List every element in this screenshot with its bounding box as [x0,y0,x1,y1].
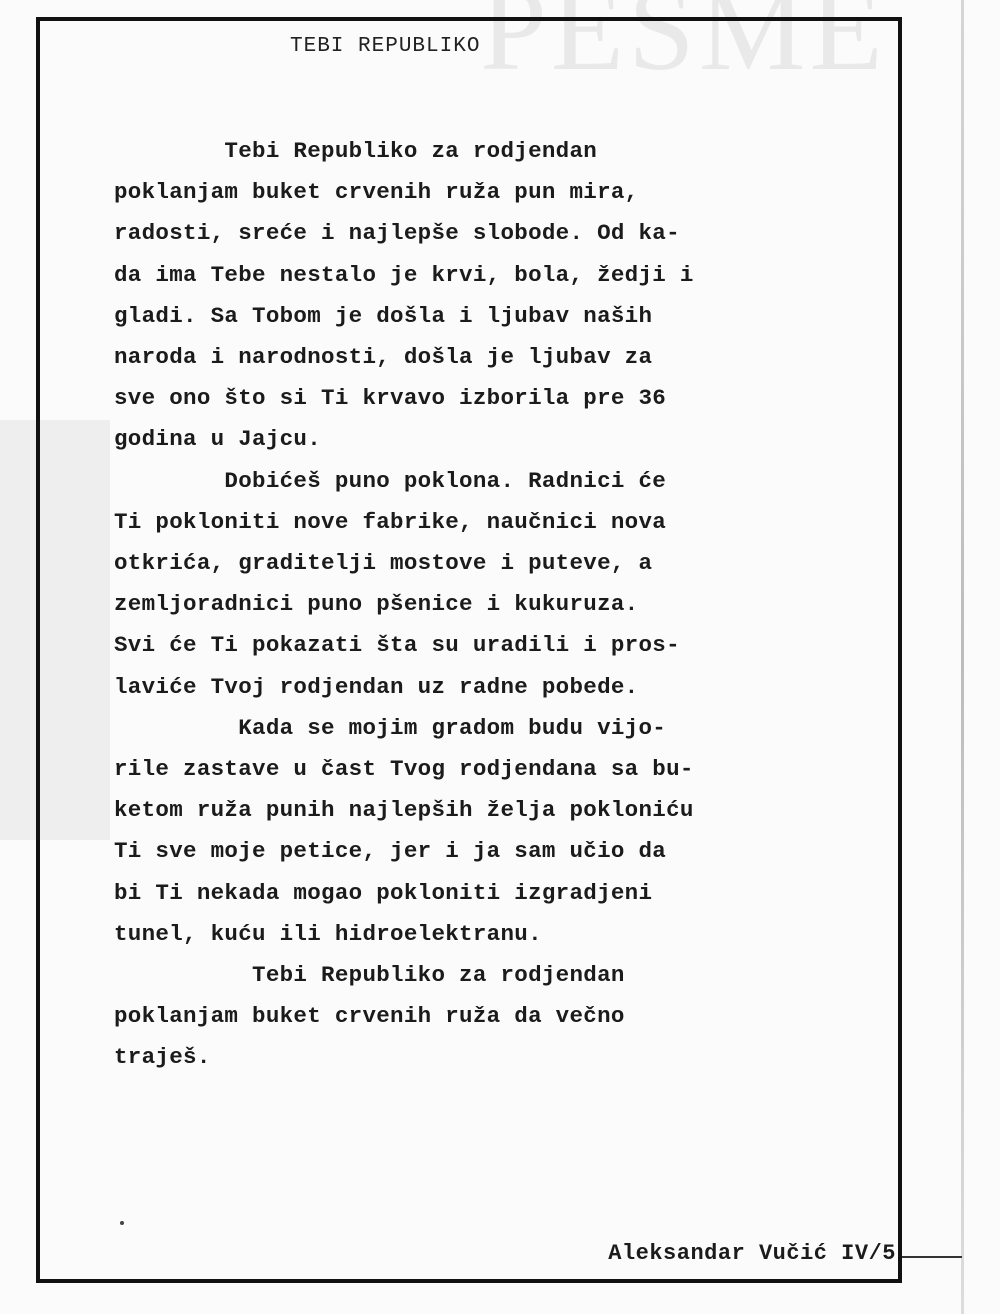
text-line: Dobićeš puno poklona. Radnici će [114,461,874,502]
document-heading: TEBI REPUBLIKO [290,35,480,58]
text-line: tunel, kuću ili hidroelektranu. [114,914,874,955]
text-line: Tebi Republiko za rodjendan [114,131,874,172]
text-line: gladi. Sa Tobom je došla i ljubav naših [114,296,874,337]
margin-tick [902,1256,962,1258]
paragraph: Kada se mojim gradom budu vijo- rile zas… [114,708,874,955]
paragraph: Tebi Republiko za rodjendan poklanjam bu… [114,131,874,461]
text-line: Svi će Ti pokazati šta su uradili i pros… [114,625,874,666]
paragraph: Tebi Republiko za rodjendan poklanjam bu… [114,955,874,1079]
text-line: zemljoradnici puno pšenice i kukuruza. [114,584,874,625]
page-edge [961,0,964,1314]
text-line: Kada se mojim gradom budu vijo- [114,708,874,749]
text-line: da ima Tebe nestalo je krvi, bola, žedji… [114,255,874,296]
signature: Aleksandar Vučić IV/5 [40,1241,898,1266]
text-line: laviće Tvoj rodjendan uz radne pobede. [114,667,874,708]
text-line: naroda i narodnosti, došla je ljubav za [114,337,874,378]
text-line: ketom ruža punih najlepših želja pokloni… [114,790,874,831]
text-line: bi Ti nekada mogao pokloniti izgradjeni [114,873,874,914]
text-line: godina u Jajcu. [114,419,874,460]
text-line: rile zastave u čast Tvog rodjendana sa b… [114,749,874,790]
paragraph: Dobićeš puno poklona. Radnici će Ti pokl… [114,461,874,708]
document-frame: TEBI REPUBLIKO Tebi Republiko za rodjend… [36,17,902,1283]
text-line: otkrića, graditelji mostove i puteve, a [114,543,874,584]
text-line: radosti, sreće i najlepše slobode. Od ka… [114,213,874,254]
text-line: Tebi Republiko za rodjendan [114,955,874,996]
document-body: Tebi Republiko za rodjendan poklanjam bu… [114,131,874,1079]
text-line: Ti sve moje petice, jer i ja sam učio da [114,831,874,872]
text-line: traješ. [114,1037,874,1078]
ink-dot [120,1221,124,1225]
text-line: Ti pokloniti nove fabrike, naučnici nova [114,502,874,543]
text-line: poklanjam buket crvenih ruža da večno [114,996,874,1037]
text-line: sve ono što si Ti krvavo izborila pre 36 [114,378,874,419]
text-line: poklanjam buket crvenih ruža pun mira, [114,172,874,213]
